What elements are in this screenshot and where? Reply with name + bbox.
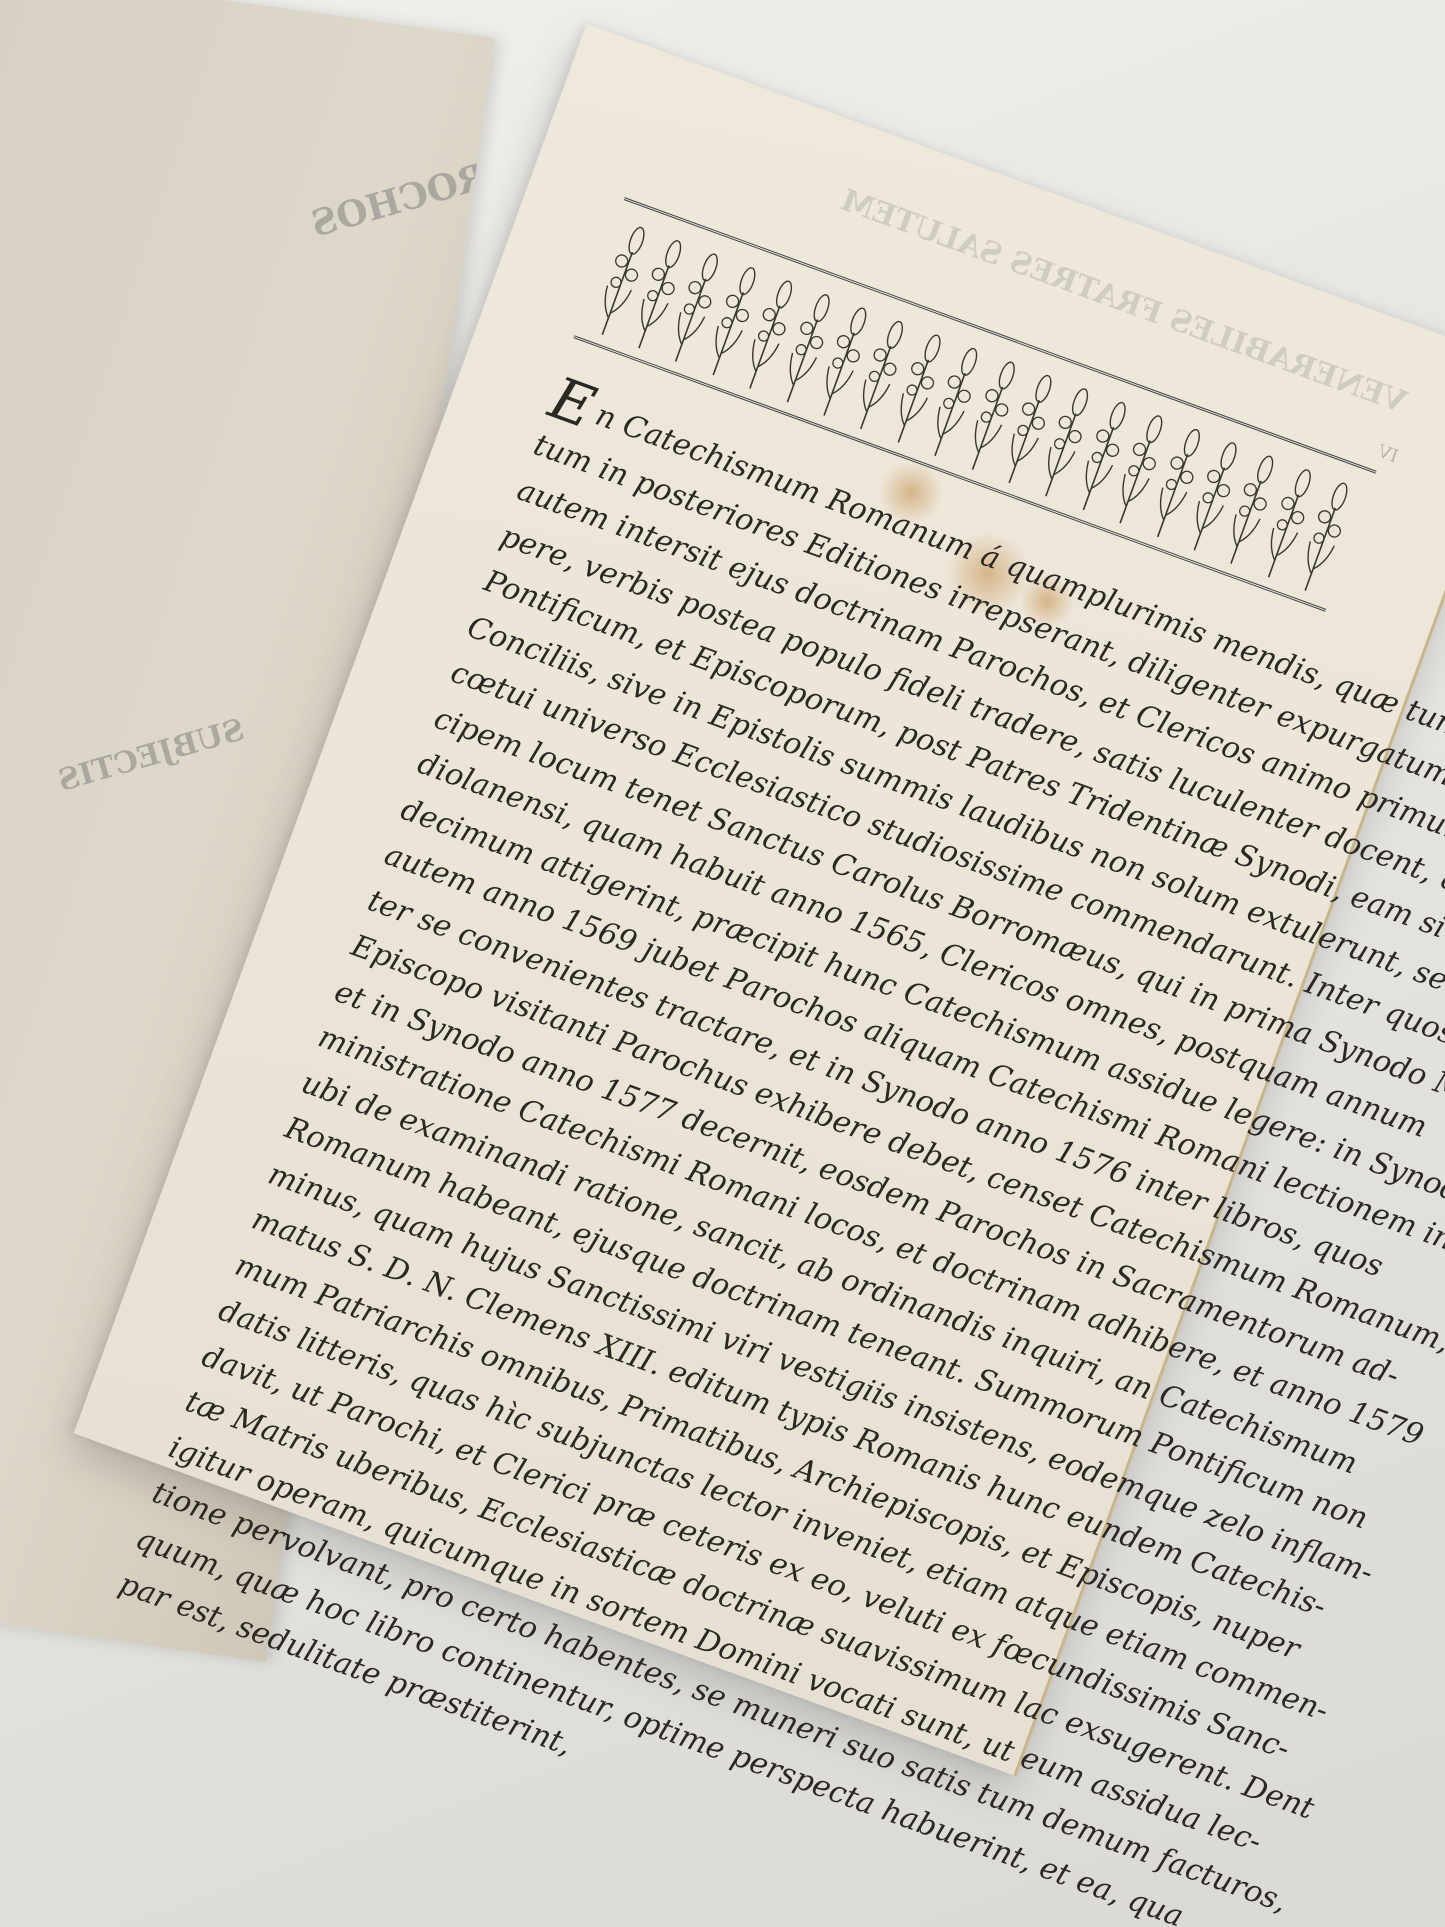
page-number: IV: [1375, 441, 1401, 468]
bleed-through-line: AD PAROCHOS: [306, 121, 494, 246]
bleed-through-line: SUBJECTIS: [54, 712, 248, 799]
